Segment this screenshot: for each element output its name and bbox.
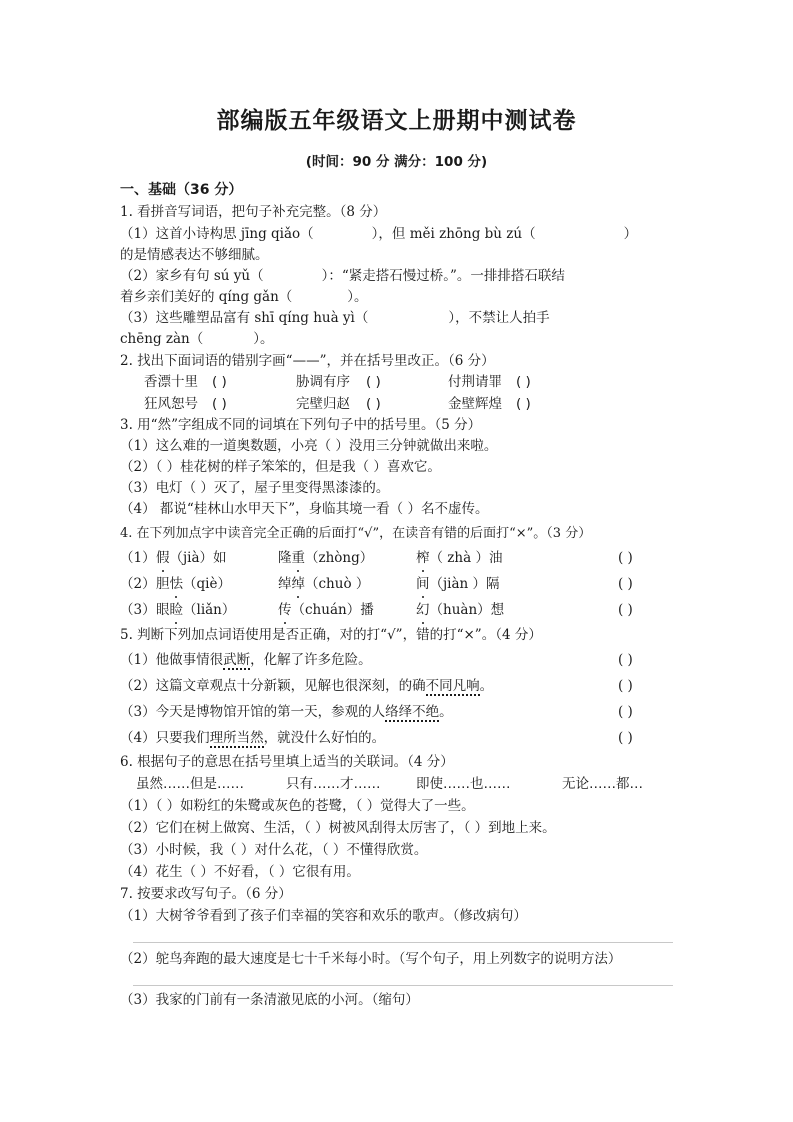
- q2-word: 金壁辉煌: [448, 394, 502, 415]
- q3-item-2[interactable]: （2）（ ）桂花树的样子笨笨的，但是我（ ）喜欢它。: [120, 457, 680, 478]
- q2-row-1: 香漂十里 ( ) 胁调有序 ( ) 付荆请罪 ( ): [120, 372, 680, 393]
- dotted-char: 重: [292, 548, 306, 569]
- q5-row-3: （3）今天是博物馆开馆的第一天，参观的人络绎不绝。 ( ): [120, 702, 680, 723]
- answer-blank[interactable]: ( ): [618, 574, 633, 595]
- answer-line[interactable]: [133, 942, 673, 943]
- answer-blank[interactable]: ( ): [366, 372, 381, 393]
- text: （1）他做事情很: [120, 652, 223, 668]
- q4-option-c: 幻（huàn）想: [416, 600, 504, 621]
- text: 胆: [156, 576, 170, 592]
- text: （3）今天是博物馆开馆的第一天，参观的人: [120, 704, 385, 720]
- dotted-char: 睑: [170, 600, 184, 621]
- conjunction-option: 无论……都…: [562, 774, 643, 795]
- q4-row-1: （1） 假（jià）如 隆重（zhòng） 榨（ zhà ）油 ( ): [120, 548, 680, 569]
- answer-line[interactable]: [133, 985, 673, 986]
- q1-text: （1）这首小诗构思 jīng qiǎo（: [120, 226, 314, 242]
- q6-item-2[interactable]: （2）它们在树上做窝、生活，（ ）树被风刮得太厉害了，（ ）到地上来。: [120, 818, 680, 839]
- q2-word: 狂风恕号: [144, 394, 198, 415]
- q5-prompt: 5. 判断下列加点词语使用是否正确，对的打“√”，错的打“×”。（4 分）: [120, 625, 680, 646]
- q2-prompt: 2. 找出下面词语的错别字画“——”，并在括号里改正。（6 分）: [120, 351, 680, 372]
- dotted-char: 幻: [416, 600, 430, 621]
- text: 隆: [278, 550, 292, 566]
- item-number: （3）: [120, 600, 156, 621]
- q4-option-c: 间（jiàn ）隔: [416, 574, 500, 595]
- q1-line-5: （3）这些雕塑品富有 shī qíng huà yì（），不禁让人拍手: [120, 308, 680, 329]
- q4-option-a: 胆怯（qiè）: [156, 574, 231, 595]
- text: 。: [480, 678, 494, 694]
- answer-blank[interactable]: ( ): [618, 676, 633, 697]
- q1-prompt: 1. 看拼音写词语，把句子补充完整。（8 分）: [120, 202, 680, 223]
- text: （ zhà ）油: [430, 550, 503, 566]
- q1-line-3: （2）家乡有句 sú yǔ（）：“紧走搭石慢过桥。”。一排排搭石联结: [120, 266, 680, 287]
- q6-item-4[interactable]: （4）花生（ ）不好看，（ ）它很有用。: [120, 862, 680, 883]
- q1-text: ）：“紧走搭石慢过桥。”。一排排搭石联结: [322, 268, 565, 284]
- q6-prompt: 6. 根据句子的意思在括号里填上适当的关联词。（4 分）: [120, 752, 680, 773]
- answer-blank[interactable]: ( ): [516, 394, 531, 415]
- q7-prompt: 7. 按要求改写句子。（6 分）: [120, 884, 680, 905]
- q5-row-1: （1）他做事情很武断，化解了许多危险。 ( ): [120, 650, 680, 671]
- conjunction-option: 即使……也……: [416, 774, 511, 795]
- text: （qiè）: [183, 576, 231, 592]
- text: （jià）如: [170, 550, 227, 566]
- q4-row-3: （3） 眼睑（liǎn） 传（chuán）播 幻（huàn）想 ( ): [120, 600, 680, 621]
- q5-row-2: （2）这篇文章观点十分新颖，见解也很深刻，的确不同凡响。 ( ): [120, 676, 680, 697]
- dotted-char: 传: [278, 600, 292, 621]
- q1-line-2: 的是情感表达不够细腻。: [120, 245, 680, 266]
- q1-text: （2）家乡有句 sú yǔ（: [120, 268, 264, 284]
- answer-blank[interactable]: ( ): [618, 728, 633, 749]
- answer-blank[interactable]: ( ): [212, 372, 227, 393]
- dotted-char: 绰: [292, 574, 306, 595]
- q1-text: ）。: [347, 289, 367, 305]
- q1-line-1: （1）这首小诗构思 jīng qiǎo（），但 měi zhōng bù zú（…: [120, 224, 680, 245]
- q4-option-c: 榨（ zhà ）油: [416, 548, 502, 569]
- conjunction-option: 虽然……但是……: [136, 774, 244, 795]
- dotted-char: 间: [416, 574, 430, 595]
- text: ，就没什么好怕的。: [264, 730, 386, 746]
- q3-item-1[interactable]: （1）这么难的一道奥数题，小亮（ ）没用三分钟就做出来啦。: [120, 436, 680, 457]
- q2-word: 香漂十里: [144, 372, 198, 393]
- conjunction-option: 只有……才……: [286, 774, 381, 795]
- section-heading: 一、基础（36 分）: [120, 180, 680, 201]
- q4-prompt: 4. 在下列加点字中读音完全正确的后面打“√”，在读音有错的后面打“×”。（3 …: [120, 523, 680, 544]
- q6-item-3[interactable]: （3）小时候，我（ ）对什么花，（ ）不懂得欣赏。: [120, 840, 680, 861]
- q5-row-4: （4）只要我们理所当然，就没什么好怕的。 ( ): [120, 728, 680, 749]
- q4-option-a: 眼睑（liǎn）: [156, 600, 235, 621]
- q1-text: ），但 měi zhōng bù zú（: [372, 226, 536, 242]
- q1-text: ）: [624, 226, 638, 242]
- dotted-word: 不同凡响: [426, 678, 480, 696]
- item-number: （2）: [120, 574, 156, 595]
- item-number: （1）: [120, 548, 156, 569]
- text: 眼: [156, 602, 170, 618]
- q1-line-4: 着乡亲们美好的 qíng gǎn（）。: [120, 287, 680, 308]
- q6-item-1[interactable]: （1）（ ）如粉红的朱鹭或灰色的苍鹭，（ ）觉得大了一些。: [120, 796, 680, 817]
- answer-blank[interactable]: ( ): [366, 394, 381, 415]
- dotted-char: 假: [156, 548, 170, 569]
- answer-blank[interactable]: ( ): [618, 702, 633, 723]
- text: （chuán）播: [292, 602, 374, 618]
- q7-item-1: （1）大树爷爷看到了孩子们幸福的笑容和欢乐的歌声。（修改病句）: [120, 906, 680, 927]
- text: （zhòng）: [305, 550, 373, 566]
- q4-option-a: 假（jià）如: [156, 548, 227, 569]
- text: （jiàn ）隔: [430, 576, 500, 592]
- text: （4）只要我们: [120, 730, 210, 746]
- text: （chuò ）: [305, 576, 369, 592]
- q7-item-2: （2）鸵鸟奔跑的最大速度是七十千米每小时。（写个句子，用上列数字的说明方法）: [120, 949, 680, 970]
- text: （liǎn）: [183, 602, 235, 618]
- q4-row-2: （2） 胆怯（qiè） 绰绰（chuò ） 间（jiàn ）隔 ( ): [120, 574, 680, 595]
- q2-word: 胁调有序: [296, 372, 350, 393]
- exam-title: 部编版五年级语文上册期中测试卷: [0, 102, 793, 135]
- answer-blank[interactable]: ( ): [212, 394, 227, 415]
- q1-line-6: chēng zàn（）。: [120, 329, 680, 350]
- answer-blank[interactable]: ( ): [618, 548, 633, 569]
- q1-text: chēng zàn（: [120, 331, 203, 347]
- q2-row-2: 狂风恕号 ( ) 完壁归赵 ( ) 金壁辉煌 ( ): [120, 394, 680, 415]
- dotted-word: 络绎不绝: [385, 704, 439, 722]
- q4-option-b: 传（chuán）播: [278, 600, 374, 621]
- q2-word: 完壁归赵: [296, 394, 350, 415]
- q3-item-4[interactable]: （4） 都说“桂林山水甲天下”，身临其境一看（ ）名不虚传。: [120, 499, 680, 520]
- q4-option-b: 隆重（zhòng）: [278, 548, 373, 569]
- text: （2）这篇文章观点十分新颖，见解也很深刻，的确: [120, 678, 426, 694]
- answer-blank[interactable]: ( ): [618, 650, 633, 671]
- q3-item-3[interactable]: （3）电灯（ ）灭了，屋子里变得黑漆漆的。: [120, 478, 680, 499]
- answer-blank[interactable]: ( ): [618, 600, 633, 621]
- q1-text: 着乡亲们美好的 qíng gǎn（: [120, 289, 292, 305]
- q1-text: ），不禁让人拍手: [448, 310, 549, 326]
- text: 。: [439, 704, 453, 720]
- dotted-char: 怯: [170, 574, 184, 595]
- q7-item-3: （3）我家的门前有一条清澈见底的小河。（缩句）: [120, 990, 680, 1011]
- text: ，化解了许多危险。: [250, 652, 372, 668]
- answer-blank[interactable]: ( ): [516, 372, 531, 393]
- dotted-word: 理所当然: [210, 730, 264, 748]
- q1-text: ）。: [253, 331, 273, 347]
- q4-option-b: 绰绰（chuò ）: [278, 574, 369, 595]
- q6-options: 虽然……但是…… 只有……才…… 即使……也…… 无论……都…: [120, 774, 680, 795]
- text: 绰: [278, 576, 292, 592]
- q2-word: 付荆请罪: [448, 372, 502, 393]
- text: （huàn）想: [430, 602, 505, 618]
- q3-prompt: 3. 用“然”字组成不同的词填在下列句子中的括号里。（5 分）: [120, 415, 680, 436]
- dotted-word: 武断: [223, 652, 250, 670]
- exam-subtitle: (时间：90 分 满分：100 分): [0, 150, 793, 170]
- dotted-char: 榨: [416, 548, 430, 569]
- q1-text: （3）这些雕塑品富有 shī qíng huà yì（: [120, 310, 368, 326]
- exam-page: 部编版五年级语文上册期中测试卷 (时间：90 分 满分：100 分) 一、基础（…: [0, 0, 793, 1122]
